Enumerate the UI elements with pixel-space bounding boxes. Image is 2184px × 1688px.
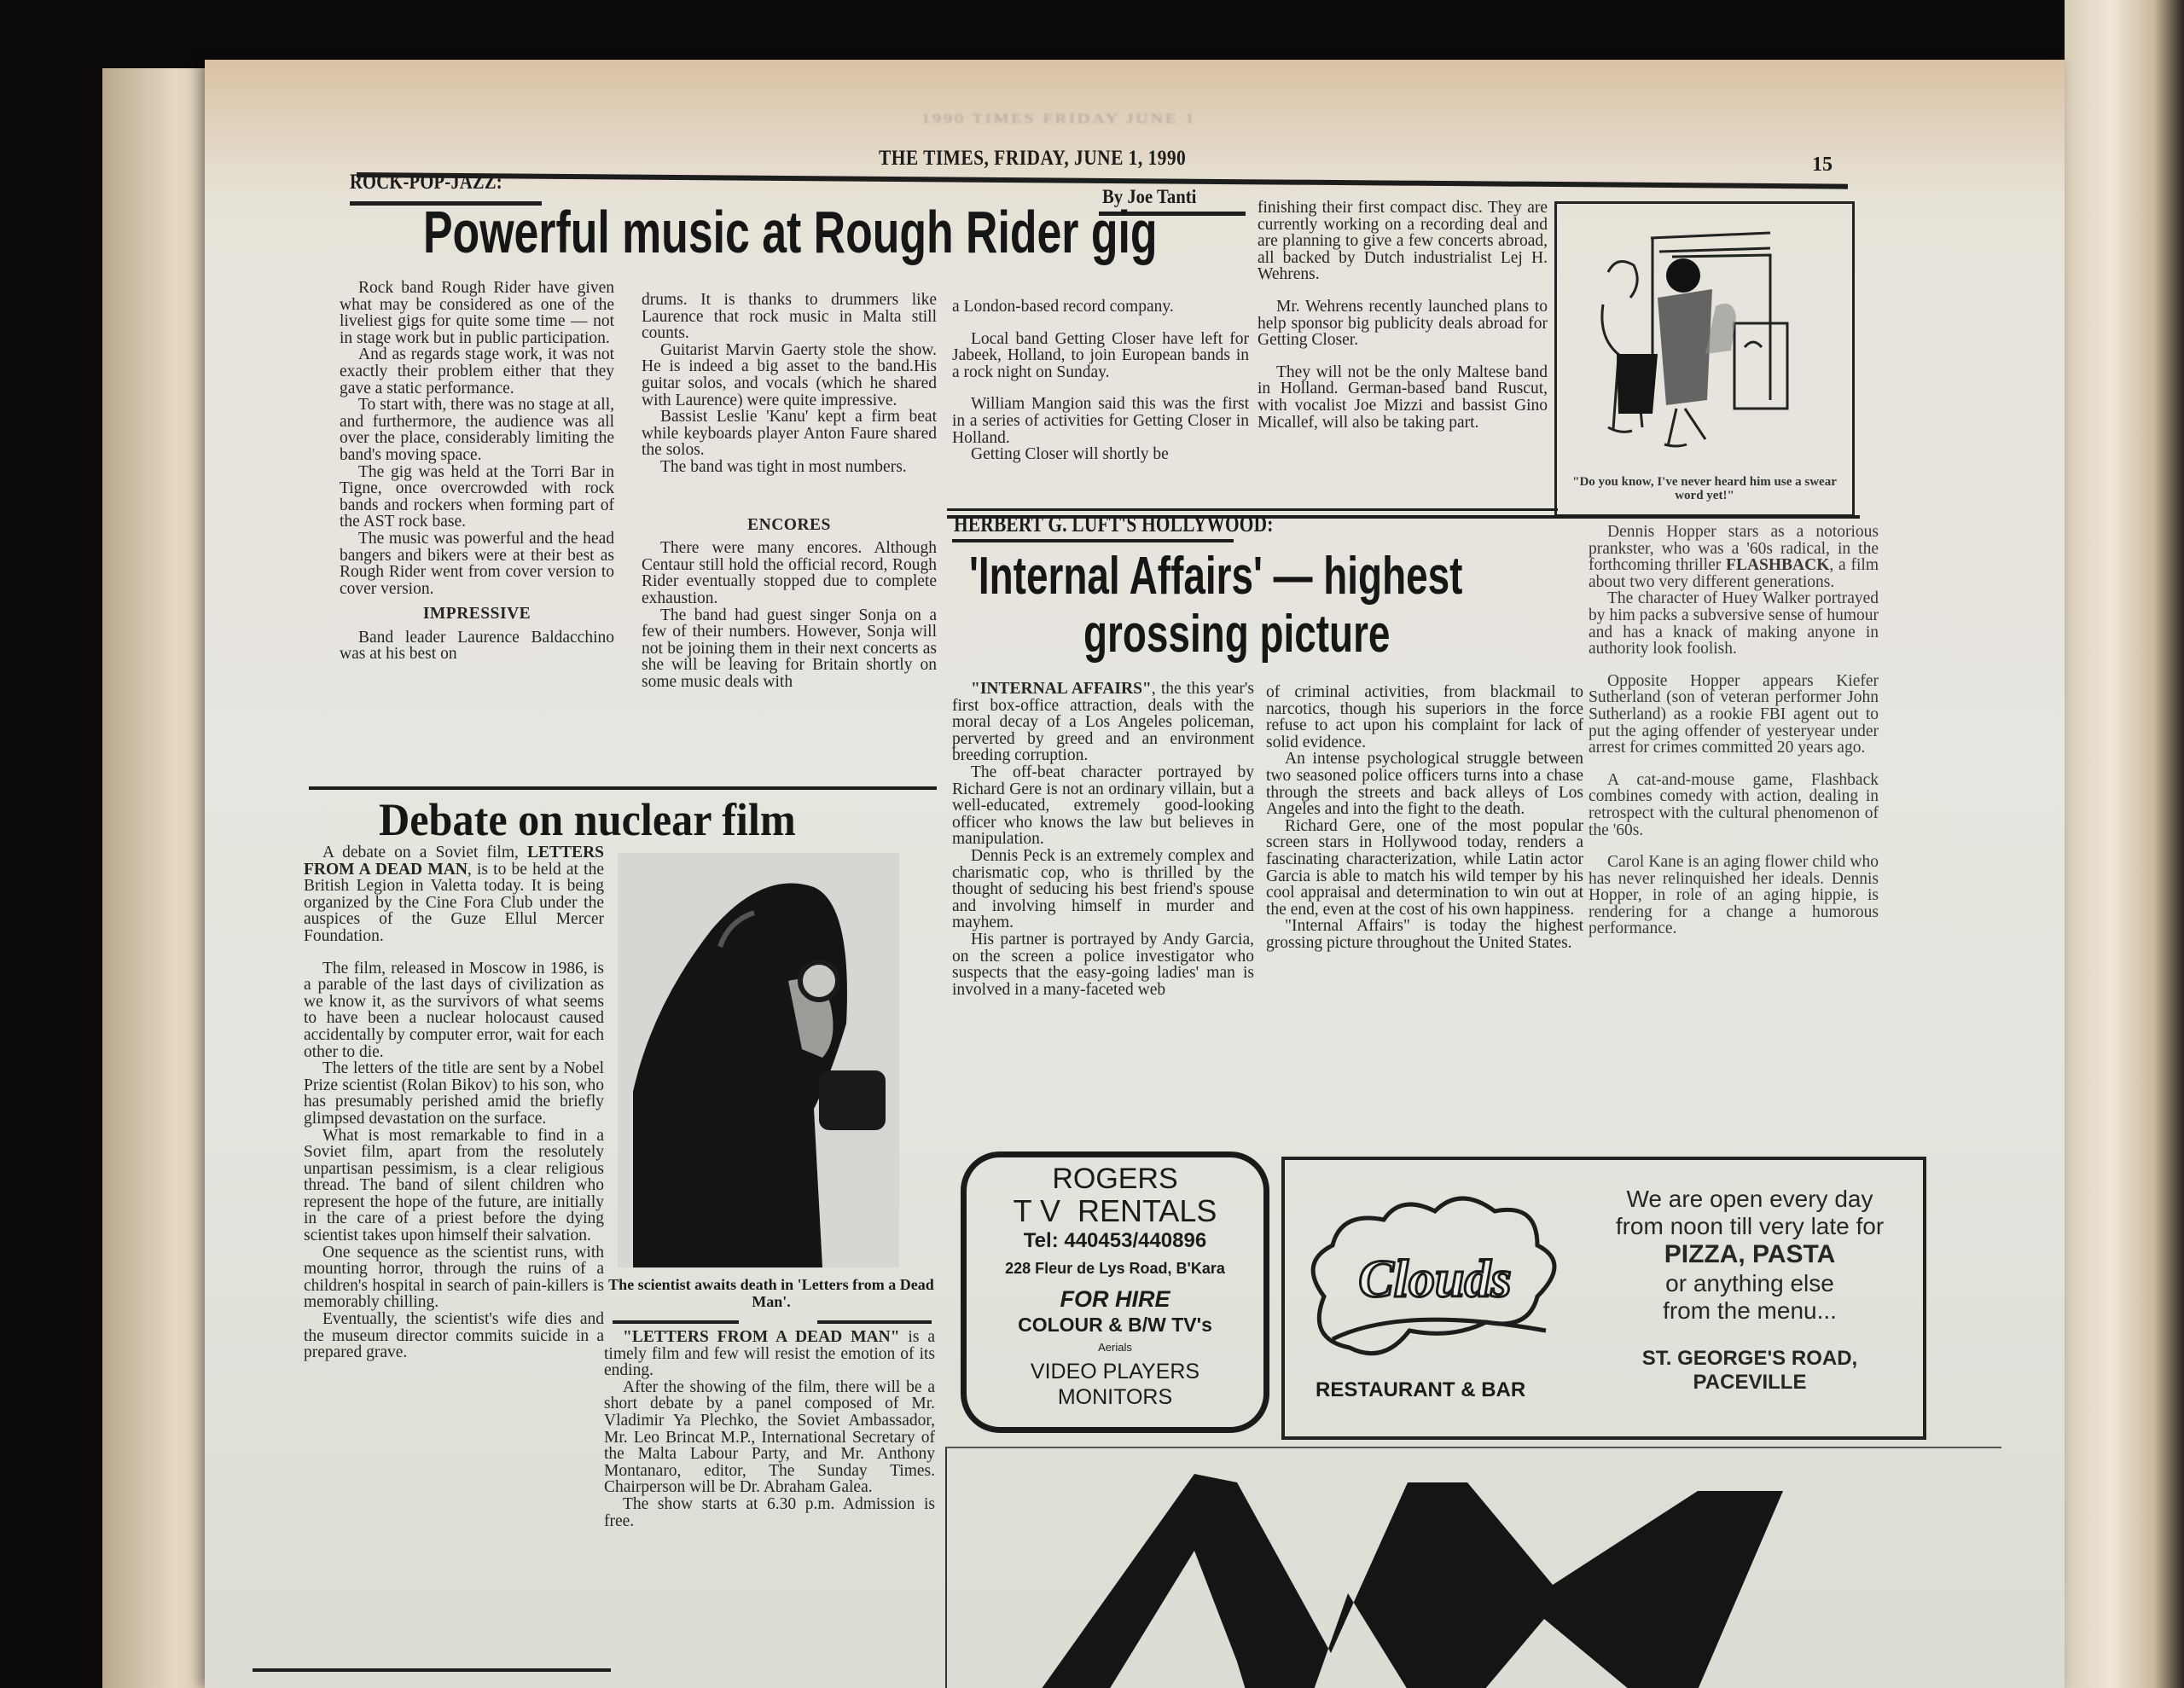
paragraph: His partner is portrayed by Andy Garcia,… (952, 931, 1254, 998)
subhead-encores: ENCORES (642, 517, 937, 534)
hollywood-column-1: "INTERNAL AFFAIRS", the this year's firs… (952, 681, 1254, 998)
paragraph: The band had guest singer Sonja on a few… (642, 607, 937, 691)
headline-internal-affairs-line2: grossing picture (1083, 604, 1390, 664)
paragraph: Band leader Laurence Baldacchino was at … (340, 629, 614, 663)
paragraph: Mr. Wehrens recently launched plans to h… (1258, 299, 1548, 349)
caption-rule (613, 1320, 739, 1324)
paragraph: The character of Huey Walker portrayed b… (1589, 590, 1879, 657)
caption-rule (817, 1320, 932, 1324)
ad-line: or anything else (1583, 1270, 1916, 1297)
paragraph: Richard Gere, one of the most popular sc… (1266, 818, 1583, 919)
paragraph: An intense psychological struggle betwee… (1266, 751, 1583, 817)
headline-debate-nuclear-film: Debate on nuclear film (379, 793, 796, 846)
paragraph: The gig was held at the Torri Bar in Tig… (340, 464, 614, 531)
ad-line: COLOUR & B/W TV's (967, 1314, 1263, 1335)
ad-line: ROGERS (967, 1164, 1263, 1195)
svg-text:Clouds: Clouds (1358, 1250, 1511, 1308)
section-kicker-rock-pop-jazz: ROCK-POP-JAZZ: (350, 171, 502, 194)
zigzag-graphic-icon (947, 1448, 2001, 1688)
paragraph: And as regards stage work, it was not ex… (340, 346, 614, 397)
ad-line: MONITORS (967, 1386, 1263, 1408)
paragraph: Opposite Hopper appears Kiefer Sutherlan… (1589, 673, 1879, 757)
hollywood-column-2: of criminal activities, from blackmail t… (1266, 684, 1583, 952)
clouds-logo-icon: Clouds (1298, 1194, 1571, 1373)
paragraph: Dennis Hopper stars as a notorious prank… (1589, 524, 1879, 590)
ad-line: We are open every day (1583, 1186, 1916, 1213)
paragraph: Guitarist Marvin Gaerty stole the show. … (642, 342, 937, 409)
rock-column-4: finishing their first compact disc. They… (1258, 200, 1548, 431)
paragraph: The off-beat character portrayed by Rich… (952, 764, 1254, 848)
nuclear-column-2: "LETTERS FROM A DEAD MAN" is a timely fi… (604, 1329, 935, 1529)
paragraph: There were many encores. Although Centau… (642, 540, 937, 606)
zigzag-ad-graphic (945, 1447, 2001, 1688)
paragraph: Carol Kane is an aging flower child who … (1589, 854, 1879, 937)
paragraph: The show starts at 6.30 p.m. Admission i… (604, 1496, 935, 1529)
rock-column-3: a London-based record company. Local ban… (952, 299, 1249, 463)
ad-line: from the menu... (1583, 1297, 1916, 1325)
section-divider (947, 508, 1558, 511)
paragraph: "Internal Affairs" is today the highest … (1266, 918, 1583, 951)
paragraph: "INTERNAL AFFAIRS", the this year's firs… (952, 681, 1254, 764)
paragraph: The band was tight in most numbers. (642, 459, 937, 476)
ad-line: PIZZA, PASTA (1583, 1240, 1916, 1270)
bottom-rule (253, 1668, 611, 1672)
paragraph: One sequence as the scientist runs, with… (304, 1244, 604, 1311)
ad-clouds-restaurant: Clouds RESTAURANT & BAR We are open ever… (1281, 1157, 1926, 1440)
paragraph: They will not be the only Maltese band i… (1258, 364, 1548, 431)
rock-column-2: drums. It is thanks to drummers like Lau… (642, 292, 937, 690)
paragraph: finishing their first compact disc. They… (1258, 200, 1548, 283)
photo-caption: The scientist awaits death in 'Letters f… (602, 1276, 940, 1310)
kicker-underline (952, 539, 1234, 542)
paragraph: What is most remarkable to find in a Sov… (304, 1128, 604, 1244)
paragraph: The film, released in Moscow in 1986, is… (304, 960, 604, 1061)
ad-line: FOR HIRE (967, 1287, 1263, 1311)
paragraph: of criminal activities, from blackmail t… (1266, 684, 1583, 751)
rock-column-1: Rock band Rough Rider have given what ma… (340, 280, 614, 663)
nuclear-column-1: A debate on a Soviet film, LETTERS FROM … (304, 844, 604, 1361)
paragraph: William Mangion said this was the first … (952, 396, 1249, 446)
paragraph: Bassist Leslie 'Kanu' kept a firm beat w… (642, 409, 937, 459)
page-number: 15 (1812, 154, 1833, 177)
headline-internal-affairs-line1: 'Internal Affairs' — highest (969, 546, 1462, 606)
paragraph: Getting Closer will shortly be (952, 446, 1249, 463)
paragraph: drums. It is thanks to drummers like Lau… (642, 292, 937, 342)
cartoon-caption: "Do you know, I've never heard him use a… (1565, 475, 1844, 502)
paragraph: A debate on a Soviet film, LETTERS FROM … (304, 844, 604, 945)
subhead-impressive: IMPRESSIVE (340, 606, 614, 623)
paragraph: Dennis Peck is an extremely complex and … (952, 848, 1254, 931)
section-kicker-hollywood: HERBERT G. LUFT'S HOLLYWOOD: (954, 512, 1274, 537)
hollywood-column-3: Dennis Hopper stars as a notorious prank… (1589, 524, 1879, 937)
ad-line: Aerials (967, 1342, 1263, 1354)
ad-tagline: RESTAURANT & BAR (1316, 1378, 1525, 1402)
ad-line: T V RENTALS (967, 1195, 1263, 1227)
paragraph: Rock band Rough Rider have given what ma… (340, 280, 614, 346)
paragraph: a London-based record company. (952, 299, 1249, 316)
headline-rough-rider: Powerful music at Rough Rider gig (423, 198, 1158, 266)
paragraph: "LETTERS FROM A DEAD MAN" is a timely fi… (604, 1329, 935, 1379)
ad-address: 228 Fleur de Lys Road, B'Kara (967, 1261, 1263, 1277)
newspaper-stack-left-edge (102, 68, 222, 1688)
paragraph: The music was powerful and the head bang… (340, 531, 614, 597)
film-still-photo (618, 853, 899, 1267)
paragraph: To start with, there was no stage at all… (340, 397, 614, 463)
newspaper-stack-right-edge (2065, 0, 2184, 1688)
cartoon-panel: "Do you know, I've never heard him use a… (1554, 201, 1855, 517)
paragraph: Eventually, the scientist's wife dies an… (304, 1311, 604, 1361)
paragraph: The letters of the title are sent by a N… (304, 1060, 604, 1127)
section-divider (309, 786, 937, 790)
ad-phone: Tel: 440453/440896 (967, 1230, 1263, 1251)
gas-mask-figure-icon (618, 853, 899, 1267)
cartoon-illustration-icon (1557, 204, 1852, 514)
paragraph: After the showing of the film, there wil… (604, 1379, 935, 1496)
masthead-date-line: THE TIMES, FRIDAY, JUNE 1, 1990 (879, 147, 1186, 171)
paragraph: Local band Getting Closer have left for … (952, 331, 1249, 381)
ad-address: PACEVILLE (1583, 1371, 1916, 1395)
paragraph: A cat-and-mouse game, Flashback combines… (1589, 772, 1879, 838)
ad-line: VIDEO PLAYERS (967, 1360, 1263, 1383)
ad-line: from noon till very late for (1583, 1213, 1916, 1240)
ad-address: ST. GEORGE'S ROAD, (1583, 1347, 1916, 1371)
ad-rogers-tv-rentals: ROGERS T V RENTALS Tel: 440453/440896 22… (961, 1151, 1269, 1433)
bleed-through-text: 1990 TIMES FRIDAY JUNE 1 (921, 111, 1196, 126)
